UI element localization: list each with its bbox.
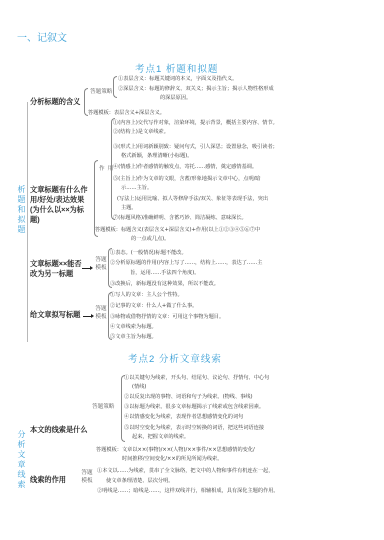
topic-clue-what: 本文的线索是什么	[30, 425, 88, 435]
arrow-icon	[83, 316, 92, 317]
role-item: 格式新颖，条理清晰(小标题)。	[121, 152, 193, 160]
kaodian2-side-label: 分析文章线索	[17, 430, 26, 490]
clue-item: ①以关键句为线索，开头句、结尾句、议论句、抒情句、中心句	[124, 374, 269, 382]
template-label: 答题模板	[94, 256, 108, 272]
clue-item: ④以情感变化为线索，表现作者思想感情变化的词句	[124, 413, 243, 421]
topic1-template: 答题模板：表层含义+深层含义。	[88, 109, 165, 117]
strategy-brace	[113, 76, 117, 98]
write-item: ①写人的文章：主人公个性特。	[110, 291, 183, 299]
change-item: ①表态。(一般情况)标题不能改。	[110, 249, 187, 257]
clue-template: 答题模板：文章以××(事物)/××(人物)/××事件/××思想感情的变化/	[96, 446, 255, 454]
clue-item: ②以反复出现的事物、词语和句子为线索。(物线、事线)	[124, 393, 253, 401]
role-item: 示……主旨。	[121, 184, 152, 192]
write-item: ②记事的文章：什么人+做了什么事。	[110, 302, 197, 310]
role-item: (写法上)运用比喻、拟人等修辞手法/双关、象征等表现手法，突出	[117, 195, 268, 203]
strategy-item: ①表层含义：标题关键词的本义，字面义及指代义。	[118, 75, 237, 83]
role-item: 主题。	[121, 204, 137, 212]
topic2-template-cont: 的一点或几点)。	[131, 235, 169, 243]
section-title: 一、记叙文	[17, 29, 67, 44]
clue-item: ③以标题为线索。很多文章标题揭示了线索或包含线索因素。	[124, 403, 264, 411]
clue-function-item: ②明线是……；暗线是……，这样双线并行，相辅相成，具有深化主题的作用。	[97, 487, 279, 495]
kaodian1-side-label: 析题和拟题	[17, 185, 26, 235]
change-item: ②分析原标题的作用(内容上写了……，结构上……，表达了……主	[110, 259, 262, 267]
role-item: ④(情感上)作者感情的触发点，寄托……感情，奠定感情基调。	[113, 163, 257, 171]
clue-template-cont: 时间推移/空间变化/××的所见所闻为线索。	[122, 455, 222, 463]
clue-function-item: 使文章条理清楚、层次分明。	[106, 477, 173, 485]
clue-function-item: ①本文以……为线索，贯串了全文脉络，把文中的人物和事件有机连在一起，	[97, 467, 273, 475]
role-item: ②(结构上)是文章线索。	[113, 128, 169, 136]
kaodian2-title: 考点2 分析文章线索	[128, 351, 222, 365]
topic-title-meaning: 分析标题的含义	[30, 97, 80, 107]
strategy-item: 的深层原因。	[160, 94, 191, 102]
change-item: ③改换后，新标题没有这种效果，所以不能改。	[110, 280, 219, 288]
arrow-icon	[82, 268, 91, 269]
template-label: 答题模板	[94, 305, 108, 321]
topic-clue-function: 线索的作用	[30, 475, 66, 485]
strategy-item: ②深层含义：标题的修辞义、双关义；揭示主旨；揭示人物性格形成	[118, 85, 274, 93]
kaodian1-spine	[27, 102, 28, 342]
topic-title-write: 给文章拟写标题	[30, 310, 80, 320]
strategy-label: 答题策略	[92, 403, 114, 411]
topic-title-function: 文章标题有什么作 用/好处/表达效果 (为什么以××为标 题)	[30, 185, 88, 225]
topic-title-change: 文章标题××能否 改为另一标题	[30, 259, 82, 279]
change-item: 旨，运用……手法四个角度)。	[130, 269, 199, 277]
role-item: ③(形式上)用词新颖别致：疑问句式，引人深思；设置悬念，吸引读者；	[113, 143, 278, 151]
role-item: ①(内容上)交代写作对象，渲染环境，提示背景，概括主要内容、情节。	[113, 119, 278, 127]
write-item: ④文章线索为标题。	[110, 323, 157, 331]
template-label: 答题模板	[80, 469, 94, 485]
role-item: ⑤(主旨上)作为文章的文眼，含蓄/形象地揭示文章中心，点明/暗	[113, 175, 261, 183]
topic2-template: 答题模板：标题含义(表层含义+深层含义)+作用(以上①②③④⑤⑥⑦中	[95, 226, 260, 234]
clue-item: ⑤以时空变化为线索，表示时空转换的词语，把这些词语连接	[124, 424, 264, 432]
clue-item: (情线)	[132, 383, 146, 391]
strategy-label: 答题策略	[90, 88, 112, 96]
write-item: ⑤文章主旨为标题。	[110, 333, 157, 341]
kaodian1-title: 考点1 析题和拟题	[135, 61, 218, 75]
clue-item: 起来，把握文章的线索。	[132, 433, 189, 441]
write-item: ③咏物或借物抒情的文章：可用这个事物为题目。	[110, 313, 224, 321]
role-item: ⑦(标题风格)准确鲜明、含蓄巧妙、简洁凝练、意味深长。	[113, 214, 247, 222]
